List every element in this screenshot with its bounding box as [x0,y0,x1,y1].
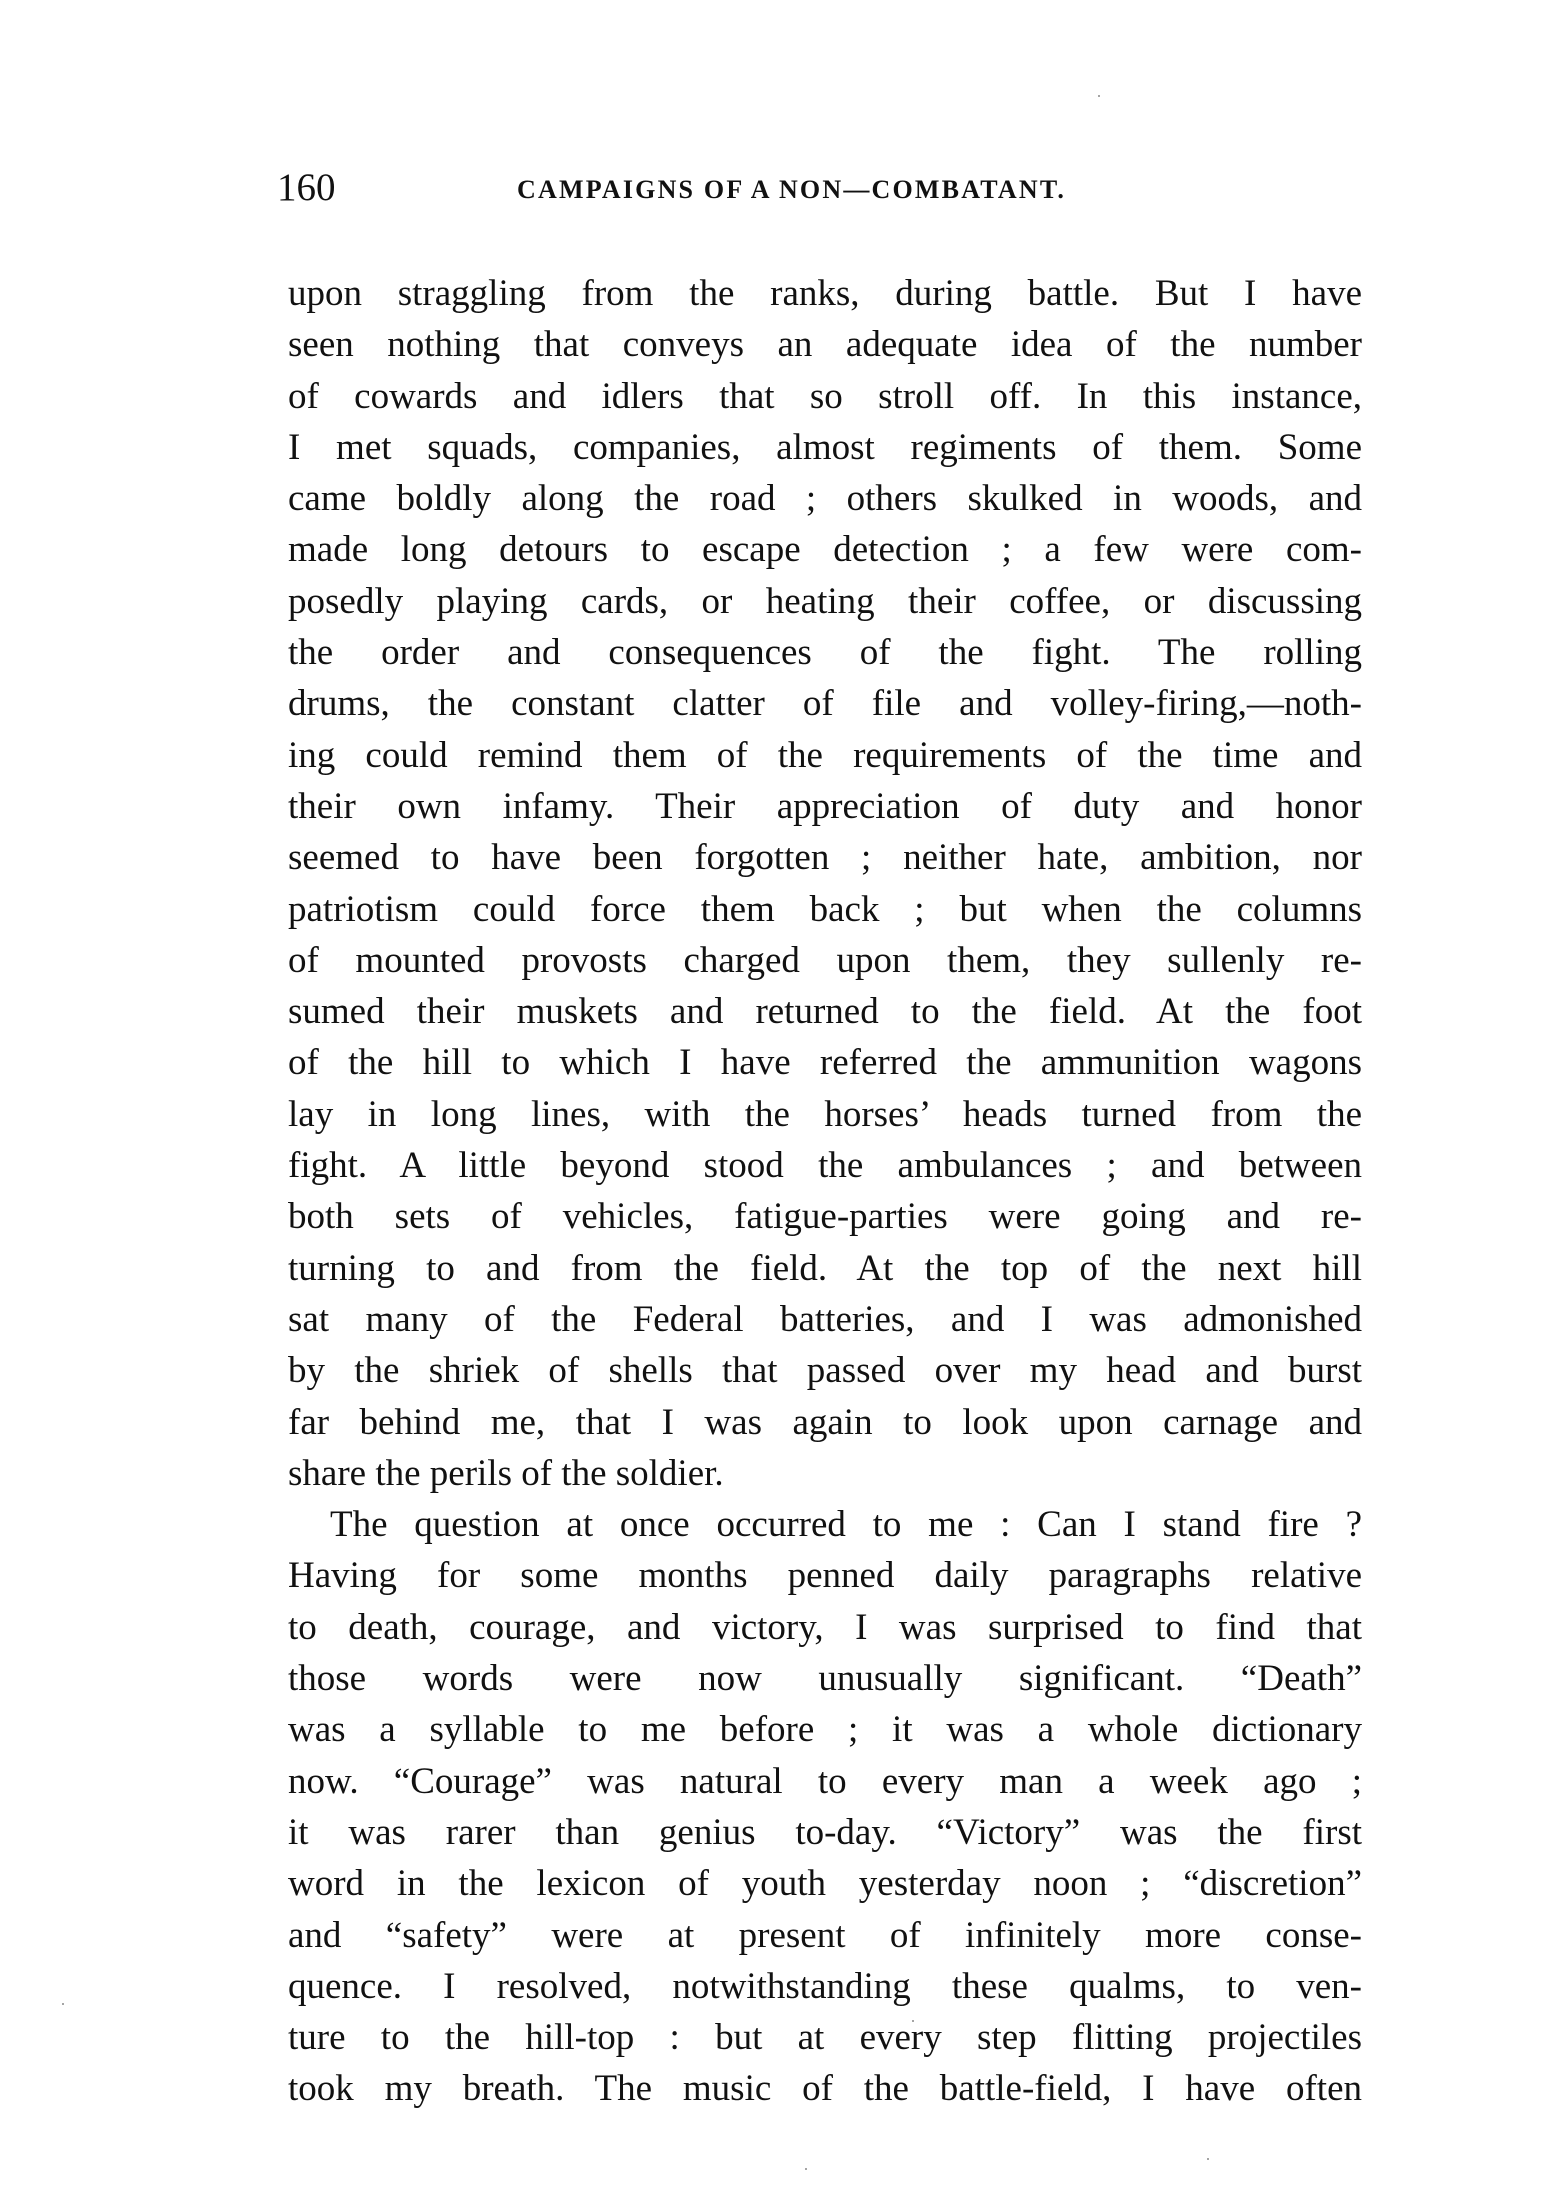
body-text: upon straggling from the ranks, during b… [288,268,1362,2115]
text-line: far behind me, that I was again to look … [288,1397,1362,1448]
text-line: was a syllable to me before ; it was a w… [288,1704,1362,1755]
text-line: made long detours to escape detection ; … [288,524,1362,575]
text-line: came boldly along the road ; others skul… [288,473,1362,524]
text-line: now. “Courage” was natural to every man … [288,1756,1362,1807]
text-line: drums, the constant clatter of file and … [288,678,1362,729]
paragraph: upon straggling from the ranks, during b… [288,268,1362,1499]
text-line: their own infamy. Their appreciation of … [288,781,1362,832]
text-line: fight. A little beyond stood the ambulan… [288,1140,1362,1191]
paragraph: The question at once occurred to me : Ca… [288,1499,1362,2115]
text-line: took my breath. The music of the battle-… [288,2063,1362,2114]
text-line: ing could remind them of the requirement… [288,730,1362,781]
text-line: and “safety” were at present of infinite… [288,1910,1362,1961]
text-line: quence. I resolved, notwithstanding thes… [288,1961,1362,2012]
text-line: ture to the hill-top : but at every step… [288,2012,1362,2063]
book-page: 160 CAMPAIGNS OF A NON—COMBATANT. upon s… [0,0,1564,2208]
text-line: I met squads, companies, almost regiment… [288,422,1362,473]
text-line: posedly playing cards, or heating their … [288,576,1362,627]
text-line: lay in long lines, with the horses’ head… [288,1089,1362,1140]
text-line: by the shriek of shells that passed over… [288,1345,1362,1396]
scan-speck [805,2168,807,2170]
running-head: 160 CAMPAIGNS OF A NON—COMBATANT. [277,166,1157,210]
scan-speck [912,2020,914,2022]
text-line: sumed their muskets and returned to the … [288,986,1362,1037]
text-line: of cowards and idlers that so stroll off… [288,371,1362,422]
text-line: The question at once occurred to me : Ca… [288,1499,1362,1550]
text-line: turning to and from the field. At the to… [288,1243,1362,1294]
text-line: word in the lexicon of youth yesterday n… [288,1858,1362,1909]
text-line: both sets of vehicles, fatigue-parties w… [288,1191,1362,1242]
text-line: the order and consequences of the fight.… [288,627,1362,678]
text-line: share the perils of the soldier. [288,1448,1362,1499]
page-number: 160 [277,166,336,210]
text-line: it was rarer than genius to-day. “Victor… [288,1807,1362,1858]
scan-speck [1098,95,1100,97]
text-line: of the hill to which I have referred the… [288,1037,1362,1088]
running-title: CAMPAIGNS OF A NON—COMBATANT. [517,172,1066,208]
text-line: to death, courage, and victory, I was su… [288,1602,1362,1653]
text-line: sat many of the Federal batteries, and I… [288,1294,1362,1345]
scan-speck [62,2003,64,2005]
text-line: upon straggling from the ranks, during b… [288,268,1362,319]
text-line: patriotism could force them back ; but w… [288,884,1362,935]
text-line: seemed to have been forgotten ; neither … [288,832,1362,883]
text-line: those words were now unusually significa… [288,1653,1362,1704]
text-line: of mounted provosts charged upon them, t… [288,935,1362,986]
text-line: seen nothing that conveys an adequate id… [288,319,1362,370]
text-line: Having for some months penned daily para… [288,1550,1362,1601]
scan-speck [1207,2158,1209,2160]
